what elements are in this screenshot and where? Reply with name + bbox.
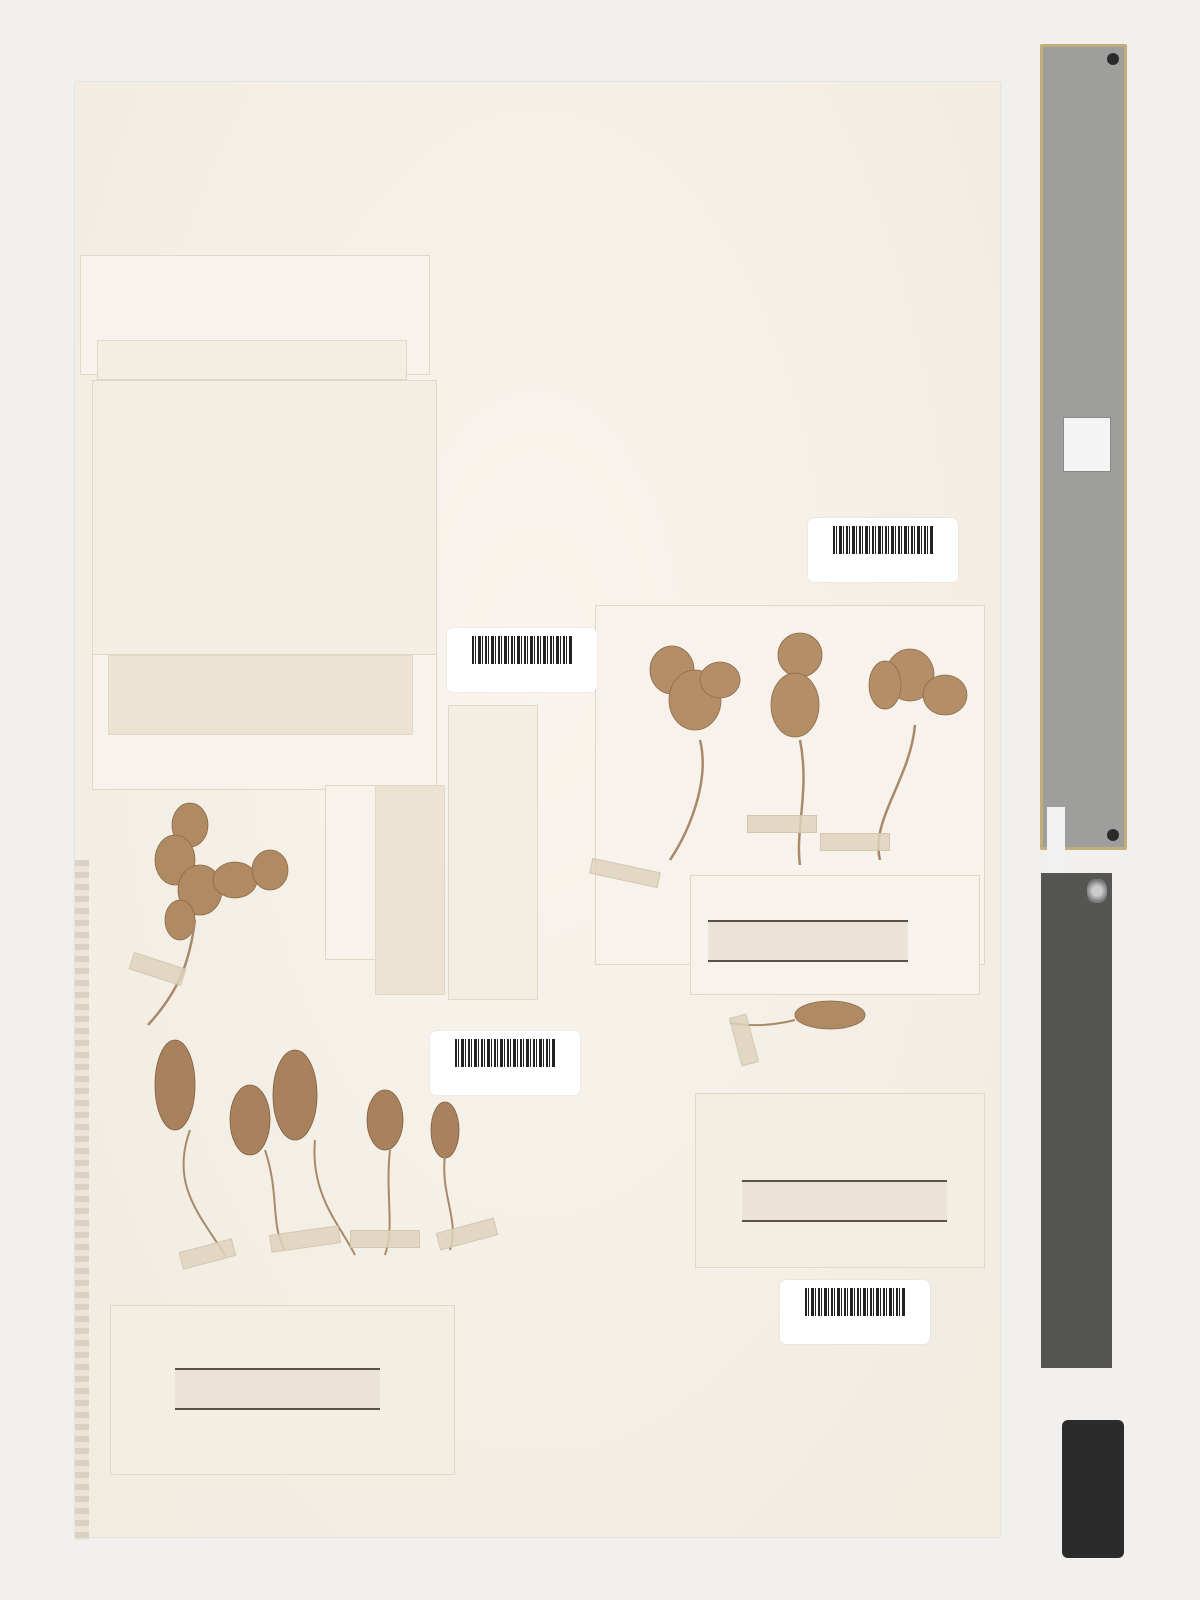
- vertical-note-bourgeau: [375, 785, 445, 995]
- plant-specimen-left: [120, 800, 320, 1035]
- ruler-dot-icon: [1107, 53, 1119, 65]
- mounting-tape: [820, 833, 890, 851]
- barcode-bars: [455, 1039, 555, 1067]
- ruler-dot-icon: [1107, 829, 1119, 841]
- main-note-card: [92, 380, 437, 655]
- color-calibration-ruler: [1040, 44, 1127, 850]
- barcode-label: [430, 1031, 580, 1095]
- ruler-chart-id: [1047, 807, 1065, 873]
- herb-gay-vertical-label: [325, 785, 380, 960]
- note-paper-1844: [97, 340, 407, 380]
- mounting-tape: [747, 815, 817, 833]
- barcode-bars: [472, 636, 572, 664]
- plant-specimens-upper-right: [610, 630, 980, 870]
- reference-note: [108, 655, 413, 735]
- barcode-bars: [833, 526, 933, 554]
- herb-gay-label-right-lower: [742, 1180, 947, 1222]
- ruler-grey-target: [1063, 417, 1111, 472]
- barcode-bars: [805, 1288, 905, 1316]
- barcode-label: [447, 628, 597, 692]
- herb-gay-label-bottom-left: [175, 1368, 380, 1410]
- sheet-edge-wear: [75, 860, 89, 1540]
- barcode-label: [780, 1280, 930, 1344]
- mounting-tape: [350, 1230, 420, 1248]
- herb-gay-label-right: [708, 920, 908, 962]
- kew-crest-icon: [1087, 879, 1107, 903]
- color-checker-card: [1062, 1420, 1124, 1558]
- vertical-note-guttarren: [448, 705, 538, 1000]
- kew-scale-bar: [1041, 873, 1112, 1368]
- barcode-label: [808, 518, 958, 582]
